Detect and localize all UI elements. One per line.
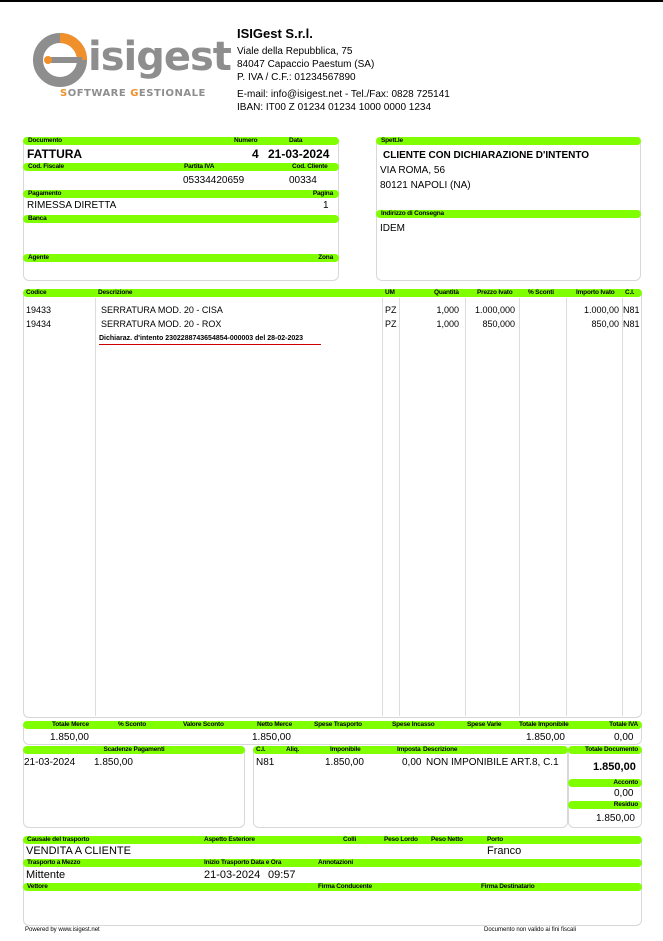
label-consegna: Indirizzo di Consegna: [381, 210, 444, 218]
items-table: [23, 289, 642, 718]
delivery-header-bar: Indirizzo di Consegna: [376, 210, 641, 218]
vat-ci: N81: [256, 757, 274, 769]
col-divider: [566, 298, 567, 716]
item-code: 19433: [26, 304, 51, 316]
col-vat-imposta: Imposta: [397, 746, 421, 754]
col-sconti: % Sconti: [528, 289, 554, 297]
item-qty: 1,000: [436, 304, 459, 316]
item-description: SERRATURA MOD. 20 - CISA: [101, 304, 223, 316]
col-vat-ci: C.I.: [256, 746, 265, 754]
col-divider: [399, 298, 400, 716]
inizio-data-value: 21-03-2024: [204, 869, 260, 881]
label-data: Data: [289, 137, 302, 145]
fiscal-header-bar: Cod. Fiscale Partita IVA Cod. Cliente: [23, 163, 339, 171]
label-documento: Documento: [28, 137, 62, 145]
logo-g-icon: [32, 32, 88, 88]
note-underline: [99, 344, 321, 345]
col-codice: Codice: [26, 289, 46, 297]
page-value: 1: [323, 200, 329, 212]
item-um: PZ: [385, 318, 397, 330]
items-header-bar: Codice Descrizione UM Quantità Prezzo Iv…: [23, 289, 642, 297]
item-code: 19434: [26, 318, 51, 330]
label-colli: Colli: [343, 836, 356, 844]
company-address-2: 84047 Capaccio Paestum (SA): [237, 59, 374, 71]
bank-header-bar: Banca: [23, 215, 339, 223]
vat-imponibile: 1.850,00: [325, 757, 364, 769]
payment-due-amount: 1.850,00: [94, 757, 133, 769]
label-agente: Agente: [28, 254, 49, 262]
item-qty: 1,000: [436, 318, 459, 330]
powered-by: Powered by www.isigest.net: [25, 927, 100, 933]
label-totale-merce: Totale Merce: [52, 721, 89, 729]
label-spese-varie: Spese Varie: [467, 721, 501, 729]
company-contact: E-mail: info@isigest.net - Tel./Fax: 082…: [237, 89, 450, 101]
causale-value: VENDITA A CLIENTE: [26, 845, 131, 857]
delivery-value: IDEM: [380, 223, 405, 235]
label-vettore: Vettore: [27, 883, 48, 891]
totale-imponibile-value: 1.850,00: [526, 732, 565, 744]
label-pagamento: Pagamento: [28, 190, 61, 198]
col-um: UM: [385, 289, 395, 297]
label-totale-iva: Totale IVA: [609, 721, 638, 729]
item-price: 850,000: [482, 318, 515, 330]
col-divider: [622, 298, 623, 716]
label-residuo: Residuo: [614, 801, 638, 809]
label-spese-incasso: Spese Incasso: [392, 721, 435, 729]
label-numero: Numero: [234, 137, 257, 145]
label-zona: Zona: [318, 254, 333, 262]
label-trasporto-mezzo: Trasporto a Mezzo: [27, 859, 80, 867]
col-divider: [95, 298, 96, 716]
causale-header-bar: Causale del trasporto Aspetto Esteriore …: [23, 836, 642, 844]
company-vat: P. IVA / C.F.: 01234567890: [237, 72, 356, 84]
mezzo-header-bar: Trasporto a Mezzo Inizio Trasporto Data …: [23, 859, 642, 867]
tagline-s: S: [60, 88, 68, 99]
vat-header-bar: C.I. Aliq. Imponibile Imposta Descrizion…: [253, 746, 568, 754]
label-sconto-pct: % Sconto: [118, 721, 146, 729]
mezzo-value: Mittente: [26, 869, 65, 881]
residuo-bar: Residuo: [568, 801, 642, 809]
customer-name: CLIENTE CON DICHIARAZIONE D'INTENTO: [383, 150, 589, 162]
item-ci: N81: [623, 304, 640, 316]
item-um: PZ: [385, 304, 397, 316]
label-cod-fiscale: Cod. Fiscale: [28, 163, 64, 171]
item-price: 1.000,000: [475, 304, 515, 316]
residuo-value: 1.850,00: [596, 813, 635, 825]
col-divider: [382, 298, 383, 716]
document-number: 4: [252, 148, 259, 160]
tagline-part2: ESTIONALE: [139, 88, 206, 99]
label-valore-sconto: Valore Sconto: [183, 721, 224, 729]
item-amount: 1.000,00: [584, 304, 619, 316]
payment-due-date: 21-03-2024: [24, 757, 75, 769]
customer-street: VIA ROMA, 56: [380, 165, 445, 177]
col-descrizione: Descrizione: [98, 289, 132, 297]
logo-wordmark: isigest: [88, 34, 231, 80]
document-type: FATTURA: [27, 148, 82, 160]
col-divider: [465, 298, 466, 716]
agent-header-bar: Agente Zona: [23, 254, 339, 262]
col-vat-aliq: Aliq.: [286, 746, 299, 754]
label-totale-imponibile: Totale Imponibile: [519, 721, 569, 729]
col-ci: C.I.: [625, 289, 634, 297]
label-firma-destinatario: Firma Destinatario: [481, 883, 534, 891]
vat-descrizione: NON IMPONIBILE ART.8, C.1: [426, 757, 559, 769]
item-description: SERRATURA MOD. 20 - ROX: [101, 318, 221, 330]
totale-documento-bar: Totale Documento: [568, 746, 642, 754]
tagline-g: G: [130, 88, 139, 99]
label-cod-cliente: Cod. Cliente: [292, 163, 328, 171]
label-porto: Porto: [487, 836, 503, 844]
label-aspetto: Aspetto Esteriore: [204, 836, 255, 844]
label-acconto: Acconto: [613, 779, 638, 787]
col-vat-descrizione: Descrizione: [423, 746, 457, 754]
label-inizio-trasporto: Inizio Trasporto Data e Ora: [204, 859, 281, 867]
label-peso-lordo: Peso Lordo: [384, 836, 418, 844]
netto-merce-value: 1.850,00: [252, 732, 291, 744]
company-logo: isigest SOFTWARE GESTIONALE: [30, 28, 230, 103]
document-header-bar: Documento Numero Data: [23, 137, 339, 145]
document-date: 21-03-2024: [268, 148, 329, 160]
totale-iva-value: 0,00: [614, 732, 633, 744]
disclaimer: Documento non valido ai fini fiscali: [484, 927, 576, 933]
tagline-part1: OFTWARE: [68, 88, 131, 99]
col-prezzo: Prezzo Ivato: [477, 289, 513, 297]
col-divider: [519, 298, 520, 716]
vat-imposta: 0,00: [402, 757, 421, 769]
payments-header-bar: Scadenze Pagamenti: [23, 746, 245, 754]
totale-documento-value: 1.850,00: [593, 761, 636, 773]
page-top-border: [0, 0, 663, 2]
totale-merce-value: 1.850,00: [50, 732, 89, 744]
logo-tagline: SOFTWARE GESTIONALE: [60, 88, 206, 99]
partita-iva-value: 05334420659: [183, 175, 244, 187]
label-causale: Causale del trasporto: [27, 836, 89, 844]
label-annotazioni: Annotazioni: [318, 859, 353, 867]
inizio-ora-value: 09:57: [268, 869, 296, 881]
label-spese-trasporto: Spese Trasporto: [314, 721, 362, 729]
label-firma-conducente: Firma Conducente: [318, 883, 372, 891]
customer-header-bar: Spett.le: [376, 137, 641, 145]
label-scadenze: Scadenze Pagamenti: [23, 746, 245, 754]
label-totale-documento: Totale Documento: [585, 746, 638, 754]
label-partita-iva: Partita IVA: [184, 163, 214, 171]
totals-header-bar: Totale Merce % Sconto Valore Sconto Nett…: [23, 721, 642, 729]
item-amount: 850,00: [591, 318, 619, 330]
payment-value: RIMESSA DIRETTA: [27, 200, 116, 212]
vettore-header-bar: Vettore Firma Conducente Firma Destinata…: [23, 883, 642, 891]
col-quantita: Quantità: [434, 289, 459, 297]
customer-city: 80121 NAPOLI (NA): [380, 180, 471, 192]
item-ci: N81: [623, 318, 640, 330]
company-iban: IBAN: IT00 Z 01234 01234 1000 0000 1234: [237, 102, 431, 114]
label-netto-merce: Netto Merce: [257, 721, 292, 729]
cod-cliente-value: 00334: [289, 175, 317, 187]
payment-header-bar: Pagamento Pagina: [23, 190, 339, 198]
acconto-value: 0,00: [614, 788, 633, 800]
acconto-bar: Acconto: [568, 779, 642, 787]
label-banca: Banca: [28, 215, 47, 223]
company-address-1: Viale della Repubblica, 75: [237, 46, 352, 58]
label-pagina: Pagina: [313, 190, 333, 198]
company-name: ISIGest S.r.l.: [237, 28, 313, 40]
col-importo: Importo Ivato: [576, 289, 615, 297]
porto-value: Franco: [487, 845, 521, 857]
label-peso-netto: Peso Netto: [431, 836, 463, 844]
col-vat-imponibile: Imponibile: [330, 746, 361, 754]
label-spettle: Spett.le: [381, 137, 403, 145]
